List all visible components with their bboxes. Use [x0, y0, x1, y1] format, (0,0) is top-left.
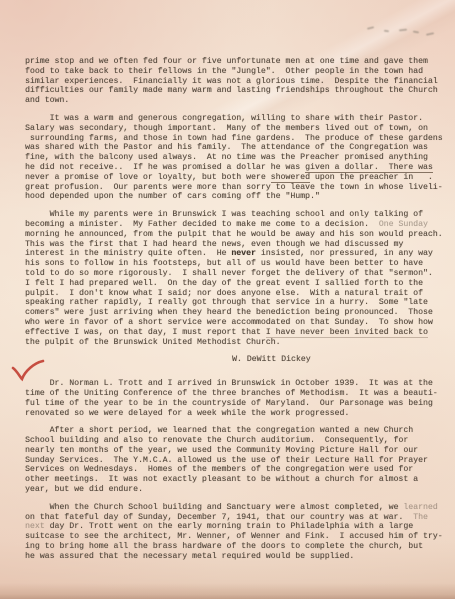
text-line: speaking rather rapidly, I really got th… — [25, 298, 451, 308]
paragraph: It was a warm and generous congregation,… — [25, 114, 451, 202]
text-line: and town. — [25, 96, 451, 106]
text-line: told to do so more rigorously. I shall n… — [25, 269, 451, 279]
paragraph: After a short period, we learned that th… — [25, 426, 451, 495]
text-line: ing to bring home all the brass hardware… — [25, 542, 451, 552]
text-line: the pulpit of the Brunswick United Metho… — [25, 338, 451, 348]
text-line: he was assured that the necessary metal … — [25, 552, 451, 562]
text-line: prime stop and we often fed four or five… — [25, 57, 451, 67]
paragraph: Dr. Norman L. Trott and I arrived in Bru… — [25, 379, 451, 418]
paragraph: While my parents were in Brunswick I was… — [25, 210, 451, 347]
paragraph: prime stop and we often fed four or five… — [25, 57, 451, 106]
text-line: Salary was secondary, though important. … — [25, 124, 451, 134]
text-line: effective I was, on that day, I must rep… — [25, 328, 451, 338]
text-line: he did not receive.. If he was promised … — [25, 163, 451, 173]
text-line: It was a warm and generous congregation,… — [25, 114, 451, 124]
document-page: prime stop and we often fed four or five… — [0, 0, 455, 599]
text-line: other meetings. It was not exactly pleas… — [25, 475, 451, 485]
text-line: hood depended upon the number of cars co… — [25, 192, 451, 202]
text-line: renovated so we were delayed for a week … — [25, 409, 451, 419]
text-line: his sons to follow in his footsteps, but… — [25, 259, 451, 269]
text-line: School building and also to renovate the… — [25, 436, 451, 446]
text-line: suitcase to see the architect, Mr. Wenne… — [25, 532, 451, 542]
text-line: morning he announced, from the pulpit th… — [25, 230, 451, 240]
text-line: fine, with the balcony used always. At n… — [25, 153, 451, 163]
text-line: on that fateful day of Sunday, December … — [25, 513, 451, 523]
text-line: When the Church School building and Sanc… — [25, 503, 451, 513]
typewritten-text: prime stop and we often fed four or five… — [0, 0, 455, 562]
text-line: While my parents were in Brunswick I was… — [25, 210, 451, 220]
text-line: difficulties our family made many warm a… — [25, 86, 451, 96]
text-line: comers" were just arriving when they hea… — [25, 308, 451, 318]
text-line: Dr. Norman L. Trott and I arrived in Bru… — [25, 379, 451, 389]
text-line: similar experiences. Financially it was … — [25, 77, 451, 87]
text-line: ful time of the year to be in the countr… — [25, 399, 451, 409]
text-line: who were in favor of a short service wer… — [25, 318, 451, 328]
text-line: surrounding farms, and those in town had… — [25, 134, 451, 144]
text-line: nearly ten months of the year, we used t… — [25, 446, 451, 456]
text-line: great profusion. Our parents were more t… — [25, 183, 451, 193]
text-line: After a short period, we learned that th… — [25, 426, 451, 436]
text-line: time of the Uniting Conference of the th… — [25, 389, 451, 399]
text-line: food to take back to their fellows in th… — [25, 67, 451, 77]
text-line: Sunday Services. The Y.M.C.A. allowed us… — [25, 456, 451, 466]
text-line: pulpit. I don't know what I said; nor do… — [25, 289, 451, 299]
text-line: This was the first that I had heard the … — [25, 240, 451, 250]
signature: W. DeWitt Dickey — [232, 355, 451, 365]
text-line: becoming a minister. My Father decided t… — [25, 220, 451, 230]
text-line: I felt I had prepared well. On the day o… — [25, 279, 451, 289]
text-line: year, but we did endure. — [25, 485, 451, 495]
text-line: interest in the ministry quite often. He… — [25, 249, 451, 259]
text-line: was shared with the Pastor and his famil… — [25, 143, 451, 153]
text-line: never a promise of love or loyalty, but … — [25, 173, 451, 183]
text-line: next day Dr. Trott went on the early mor… — [25, 522, 451, 532]
text-line: Services on Wednesdays. Homes of the mem… — [25, 465, 451, 475]
paragraph: When the Church School building and Sanc… — [25, 503, 451, 562]
